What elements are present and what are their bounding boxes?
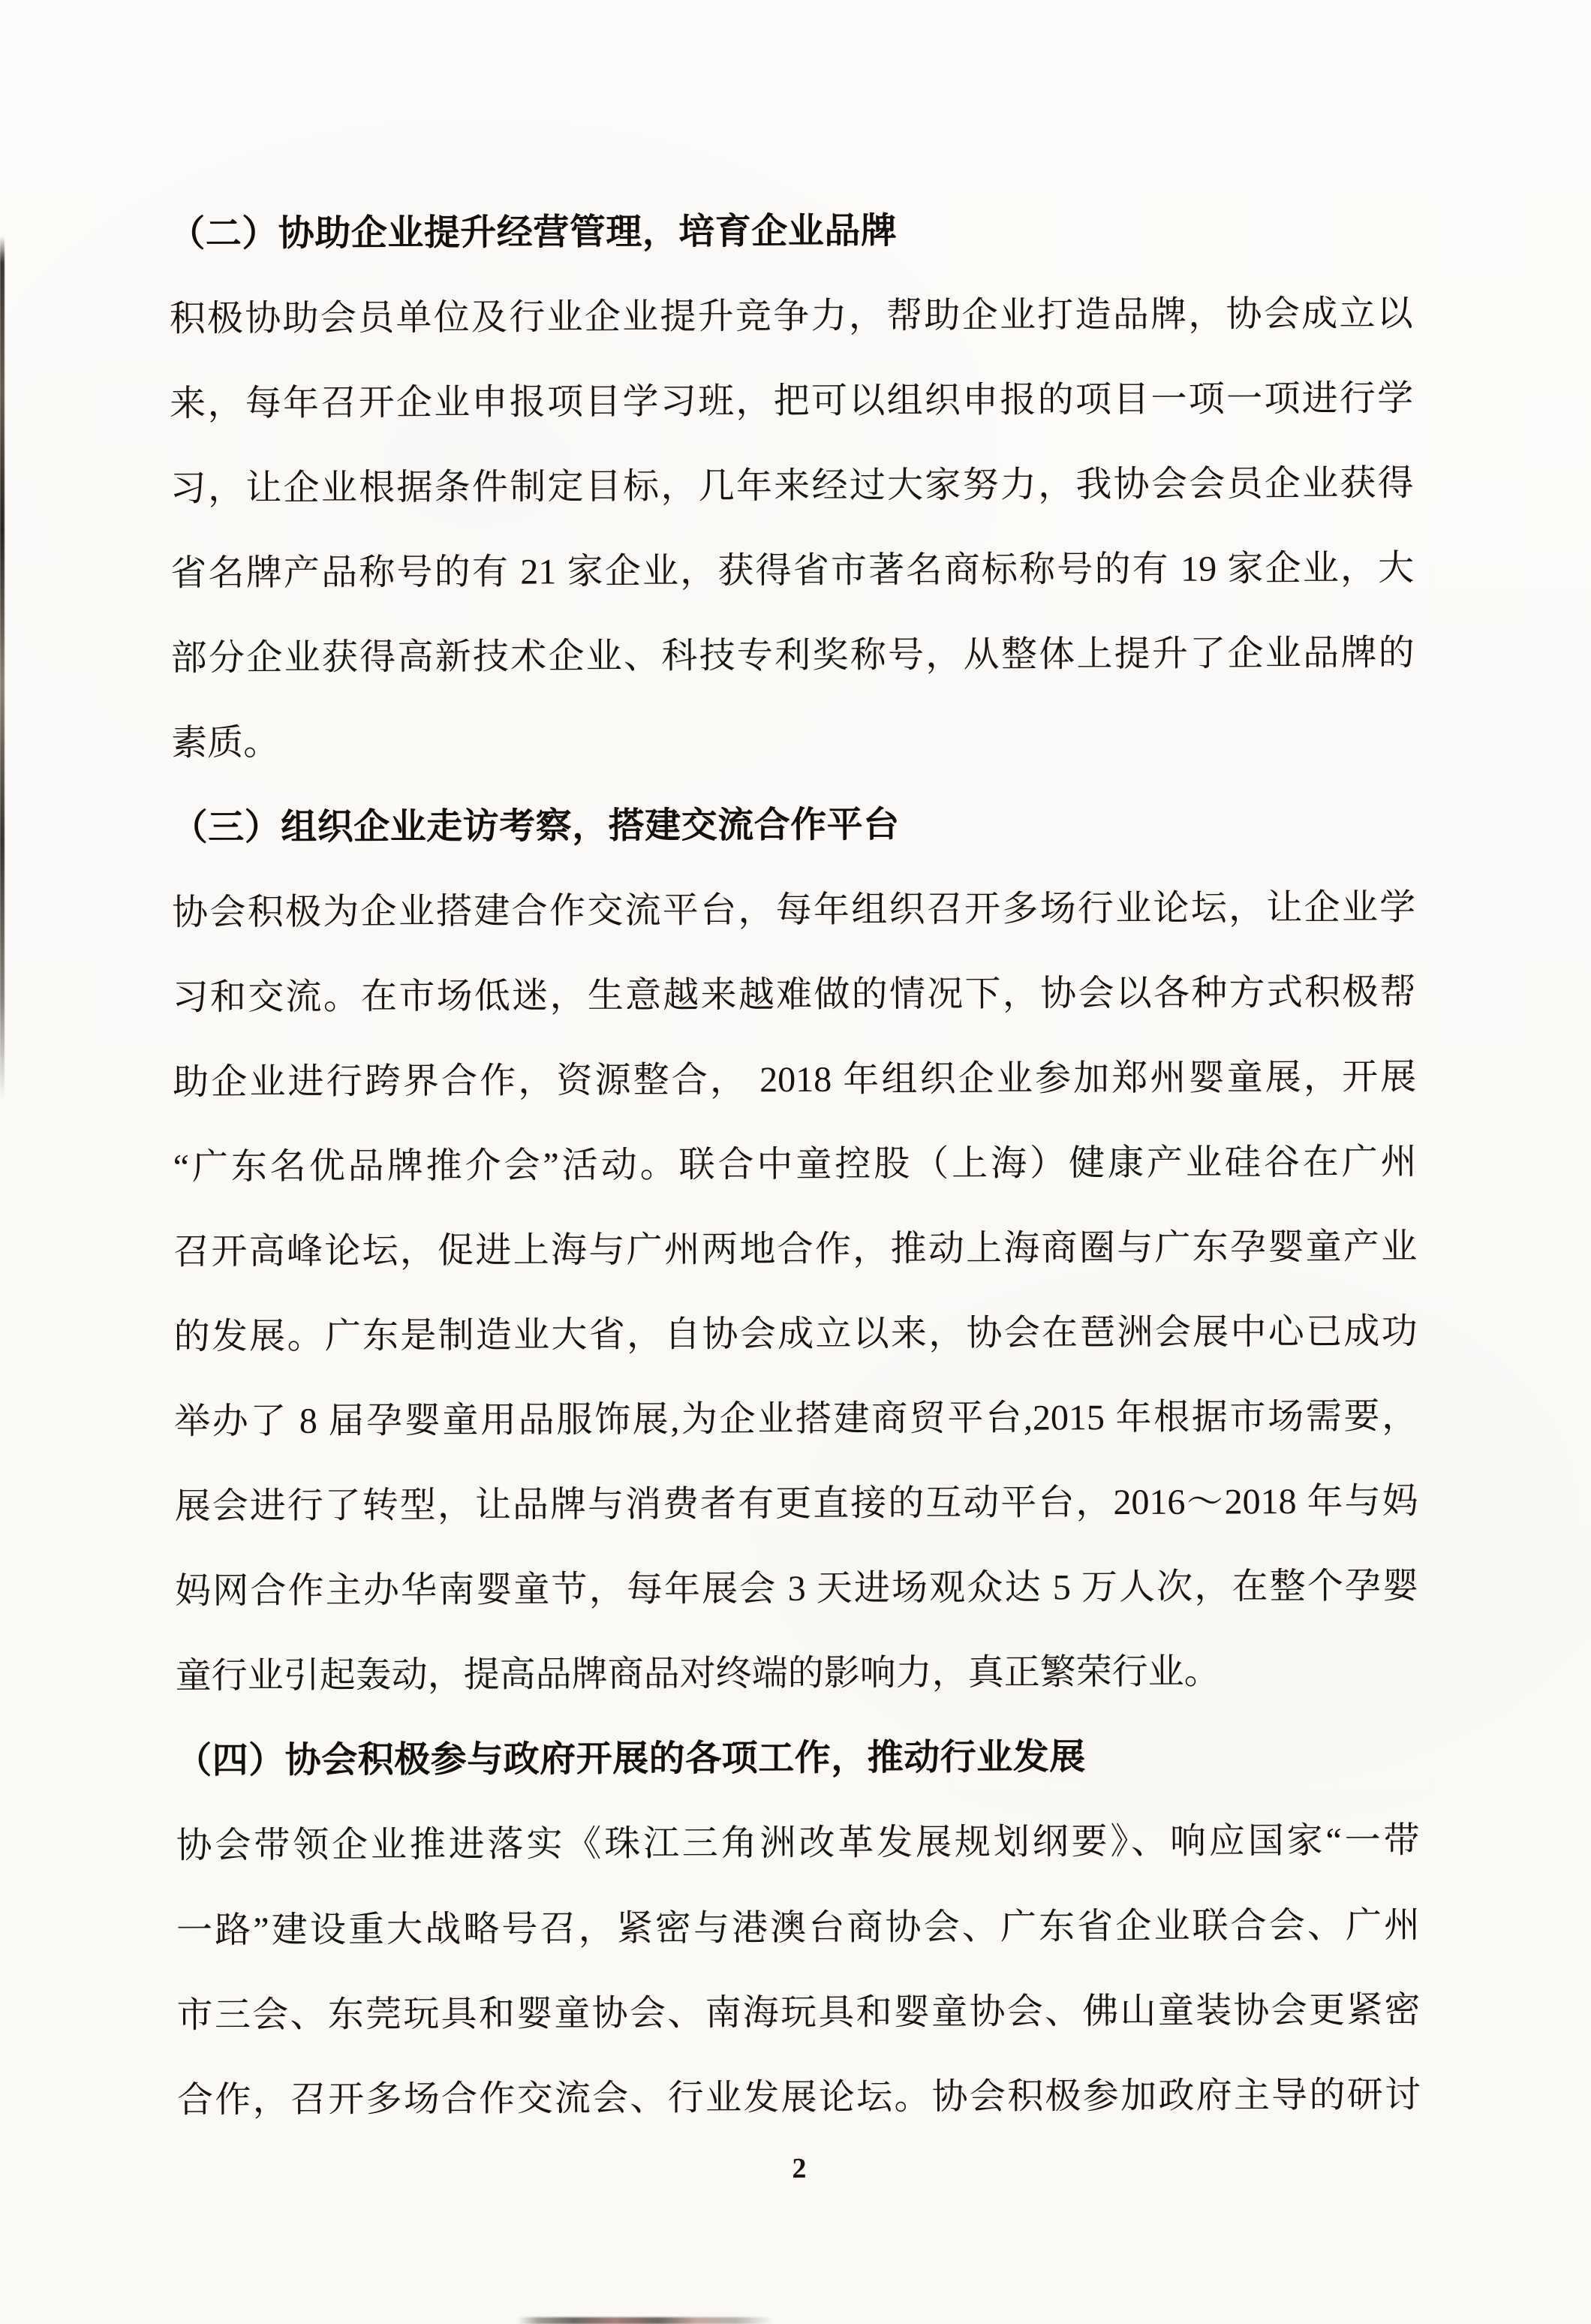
- text-line: 一路”建设重大战略号召，紧密与港澳台商协会、广东省企业联合会、广州: [176, 1883, 1420, 1973]
- paragraph: 协会积极为企业搭建合作交流平台，每年组织召开多场行业论坛，让企业学习和交流。在市…: [172, 865, 1419, 1718]
- document-content: （二）协助企业提升经营管理，培育企业品牌积极协助会员单位及行业企业提升竞争力，帮…: [169, 186, 1421, 2187]
- text-line: 展会进行了转型，让品牌与消费者有更直接的互动平台，2016～2018 年与妈: [174, 1459, 1418, 1549]
- section-heading: （三）组织企业走访考察，搭建交流合作平台: [171, 780, 1415, 870]
- text-line: 合作，召开多场合作交流会、行业发展论坛。协会积极参加政府主导的研讨: [177, 2052, 1421, 2142]
- text-line: 习和交流。在市场低迷，生意越来越难做的情况下，协会以各种方式积极帮: [172, 950, 1415, 1040]
- text-line: 市三会、东莞玩具和婴童协会、南海玩具和婴童协会、佛山童装协会更紧密: [176, 1967, 1420, 2058]
- text-line: 来，每年召开企业申报项目学习班，把可以组织申报的项目一项一项进行学: [170, 356, 1413, 446]
- text-line: 助企业进行跨界合作，资源整合， 2018 年组织企业参加郑州婴童展，开展: [173, 1034, 1416, 1124]
- text-line: 的发展。广东是制造业大省，自协会成立以来，协会在琶洲会展中心已成功: [173, 1289, 1417, 1379]
- text-line: 召开高峰论坛，促进上海与广州两地合作，推动上海商圈与广东孕婴童产业: [173, 1204, 1417, 1294]
- text-line: 省名牌产品称号的有 21 家企业，获得省市著名商标称号的有 19 家企业，大: [170, 525, 1414, 616]
- text-line: 积极协助会员单位及行业企业提升竞争力，帮助企业打造品牌，协会成立以: [170, 271, 1413, 361]
- paragraph: 协会带领企业推进落实《珠江三角洲改革发展规划纲要》、响应国家“一带一路”建设重大…: [176, 1798, 1421, 2142]
- scan-artifact-bottom: [518, 2317, 773, 2324]
- text-line: 习，让企业根据条件制定目标，几年来经过大家努力，我协会会员企业获得: [170, 441, 1413, 531]
- text-line: 素质。: [171, 695, 1415, 785]
- scanned-document-page: （二）协助企业提升经营管理，培育企业品牌积极协助会员单位及行业企业提升竞争力，帮…: [0, 0, 1591, 2324]
- section-heading: （二）协助企业提升经营管理，培育企业品牌: [169, 186, 1412, 276]
- paragraph: 积极协助会员单位及行业企业提升竞争力，帮助企业打造品牌，协会成立以来，每年召开企…: [170, 271, 1415, 785]
- document-sections: （二）协助企业提升经营管理，培育企业品牌积极协助会员单位及行业企业提升竞争力，帮…: [169, 186, 1421, 2142]
- scan-edge-artifact: [0, 236, 5, 1100]
- text-line: 协会积极为企业搭建合作交流平台，每年组织召开多场行业论坛，让企业学: [172, 865, 1415, 955]
- section-heading: （四）协会积极参与政府开展的各项工作，推动行业发展: [176, 1713, 1419, 1803]
- text-line: 举办了 8 届孕婴童用品服饰展,为企业搭建商贸平台,2015 年根据市场需要，: [174, 1374, 1418, 1464]
- text-line: 妈网合作主办华南婴童节，每年展会 3 天进场观众达 5 万人次，在整个孕婴: [175, 1543, 1418, 1633]
- page-number: 2: [177, 2149, 1421, 2187]
- text-line: “广东名优品牌推介会”活动。联合中童控股（上海）健康产业硅谷在广州: [173, 1119, 1416, 1209]
- text-line: 协会带领企业推进落实《珠江三角洲改革发展规划纲要》、响应国家“一带: [176, 1798, 1419, 1888]
- text-line: 童行业引起轰动，提高品牌商品对终端的影响力，真正繁荣行业。: [175, 1628, 1418, 1718]
- text-line: 部分企业获得高新技术企业、科技专利奖称号，从整体上提升了企业品牌的: [170, 610, 1414, 700]
